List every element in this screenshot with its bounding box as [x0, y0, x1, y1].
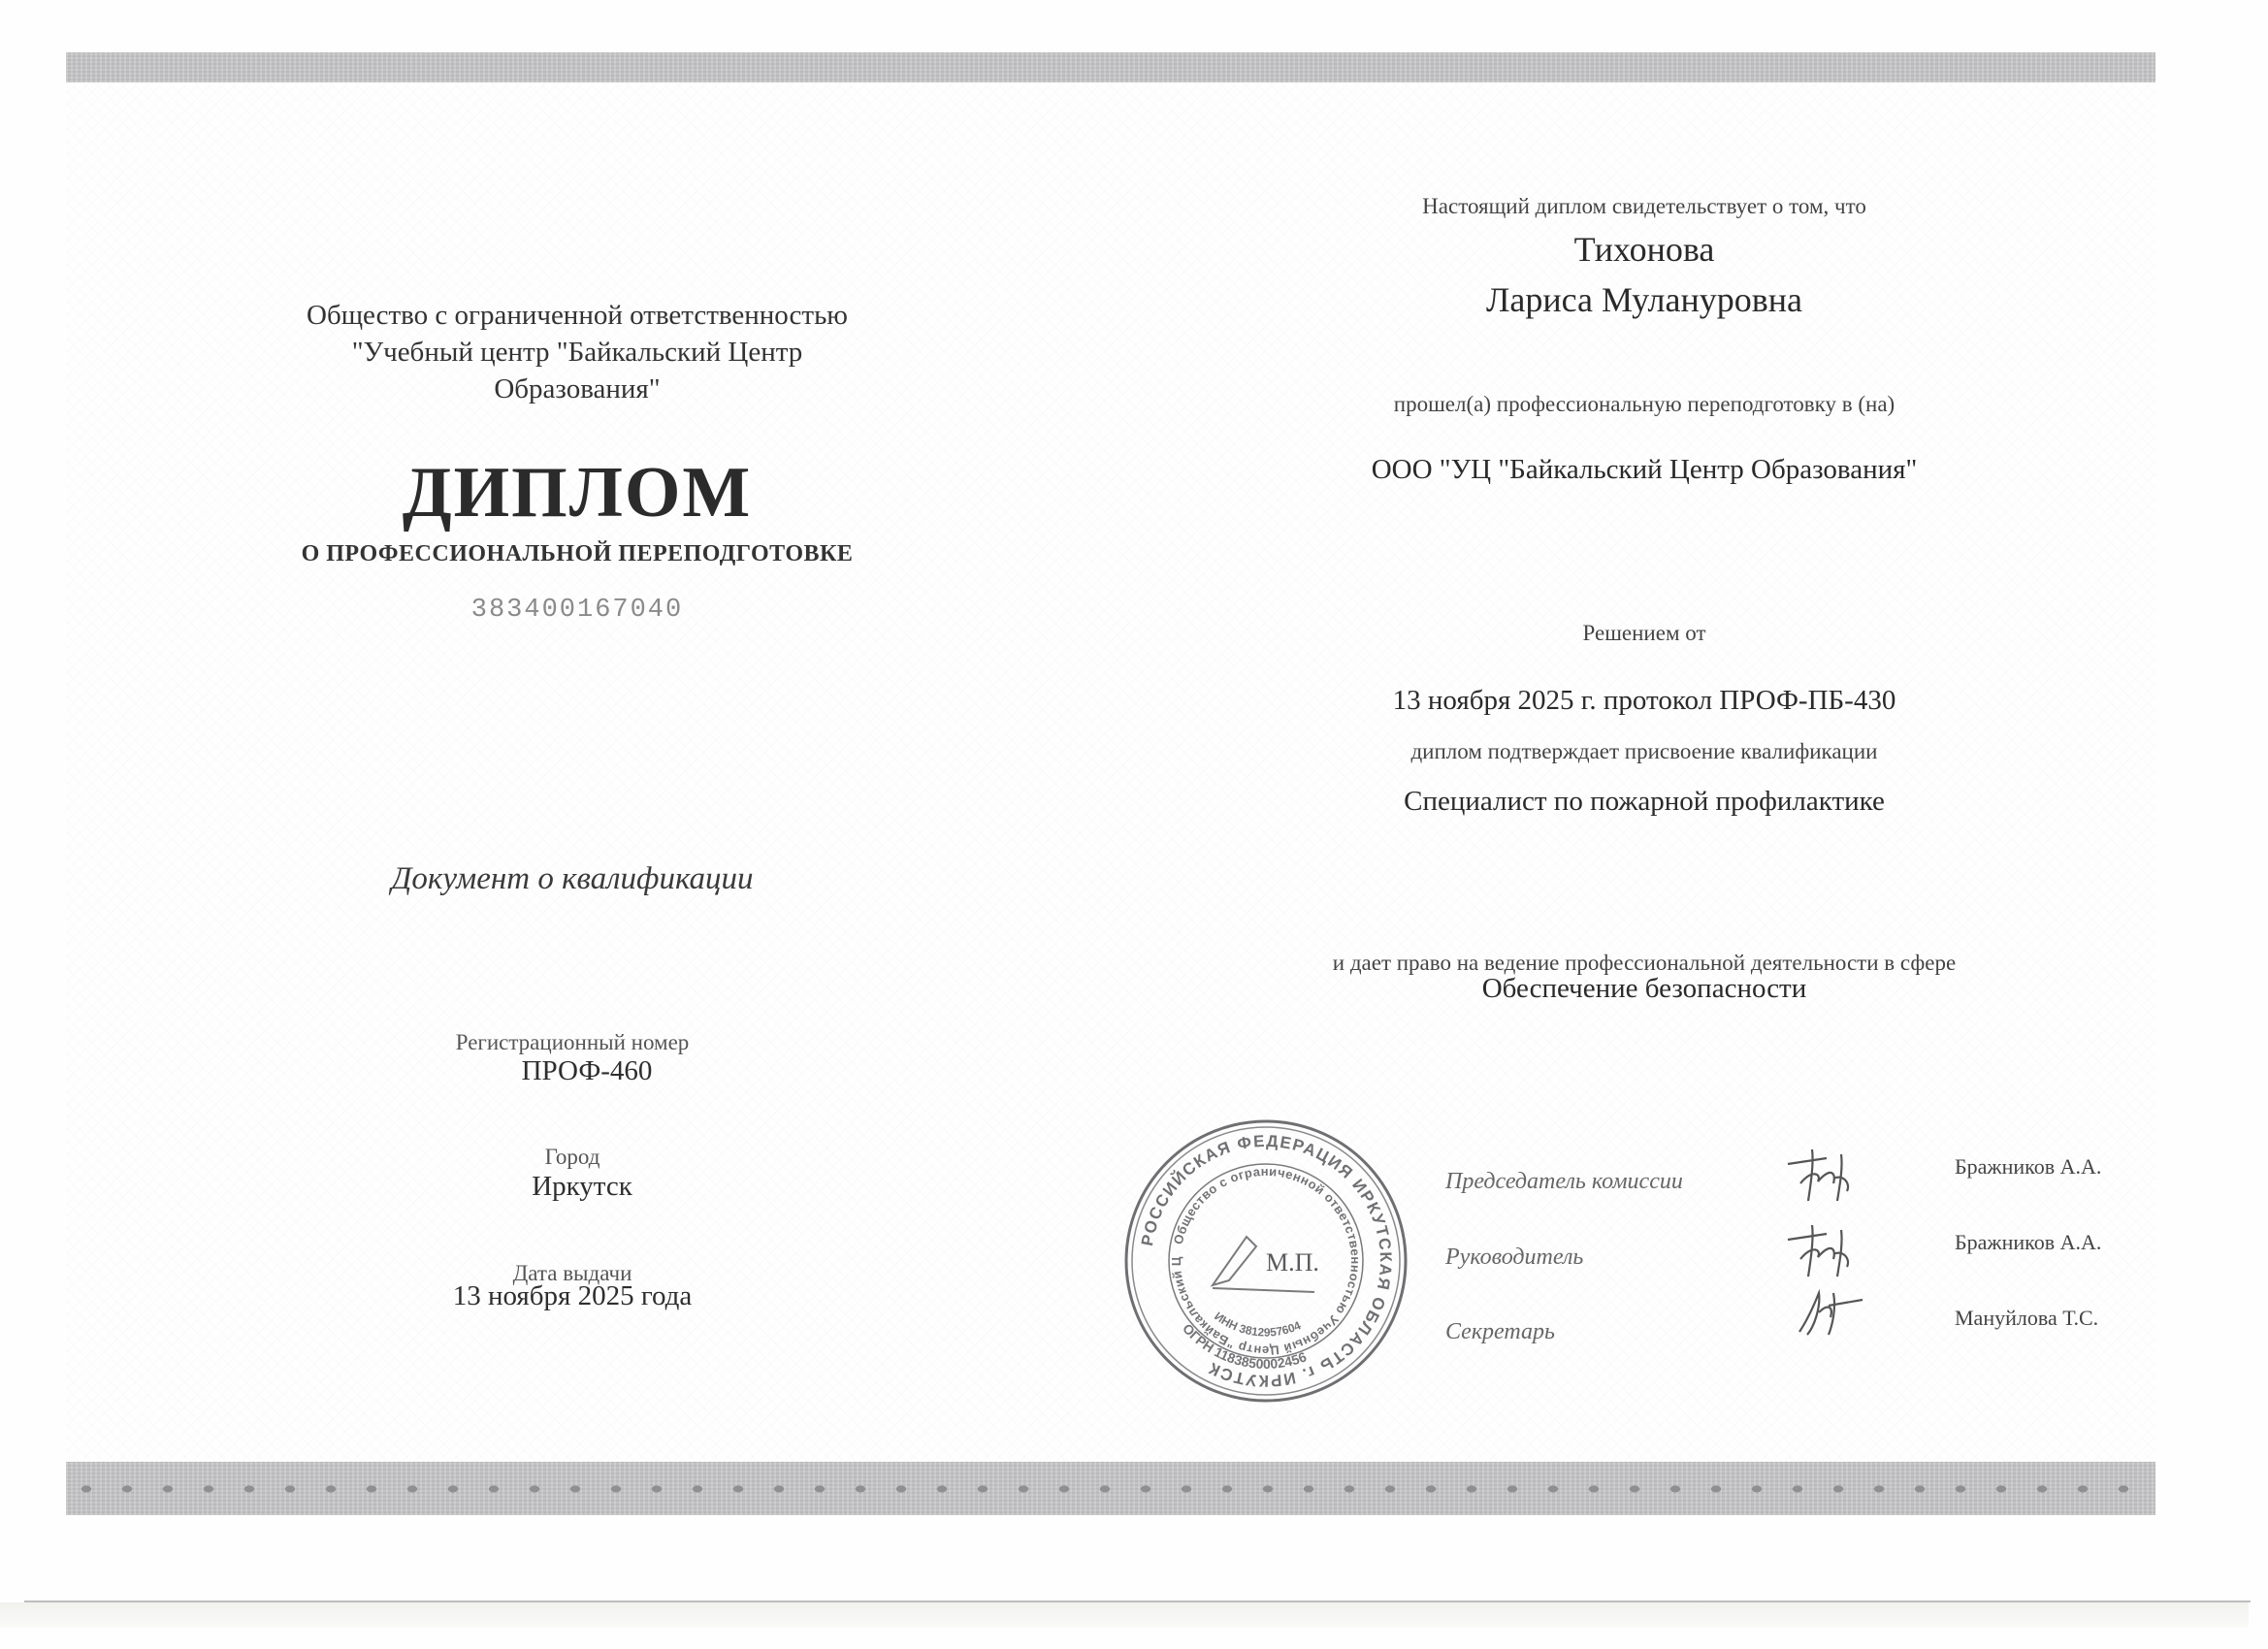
decision-label: Решением от	[1499, 621, 1790, 646]
city-label: Город	[475, 1145, 669, 1170]
recipient-given-names: Лариса Мулануровна	[1353, 279, 1935, 320]
activity-field-value: Обеспечение безопасности	[1305, 973, 1984, 1005]
registration-label: Регистрационный номер	[378, 1030, 766, 1055]
signature-icon	[1783, 1220, 1870, 1278]
decision-protocol: 13 ноября 2025 г. протокол ПРОФ-ПБ-430	[1208, 685, 2081, 717]
organization-line: Образования"	[286, 371, 868, 407]
signatory-name: Бражников А.А.	[1955, 1154, 2101, 1180]
diploma-subtitle: О ПРОФЕССИОНАЛЬНОЙ ПЕРЕПОДГОТОВКЕ	[228, 541, 926, 567]
signature-role: Руководитель	[1445, 1245, 1583, 1271]
registration-number: ПРОФ-460	[451, 1055, 723, 1087]
official-stamp: РОССИЙСКАЯ ФЕДЕРАЦИЯ ИРКУТСКАЯ ОБЛАСТЬ г…	[1120, 1115, 1411, 1406]
document-type: Документ о квалификации	[330, 861, 815, 897]
signature-role: Председатель комиссии	[1445, 1169, 1683, 1195]
signature-role: Секретарь	[1445, 1319, 1555, 1345]
ornament-dots	[66, 1482, 2155, 1496]
signatory-name: Бражников А.А.	[1955, 1230, 2101, 1255]
organization-line: "Учебный центр "Байкальский Центр	[286, 334, 868, 371]
completed-training-text: прошел(а) профессиональную переподготовк…	[1256, 392, 2032, 417]
serial-number: 383400167040	[383, 596, 771, 625]
certification-intro: Настоящий диплом свидетельствует о том, …	[1256, 194, 2032, 219]
top-ornament-band	[66, 52, 2155, 82]
institution-name: ООО "УЦ "Байкальский Центр Образования"	[1208, 454, 2081, 486]
organization-name: Общество с ограниченной ответственностью…	[286, 297, 868, 407]
stamp-seal-icon: РОССИЙСКАЯ ФЕДЕРАЦИЯ ИРКУТСКАЯ ОБЛАСТЬ г…	[1120, 1115, 1411, 1406]
signature-icon	[1790, 1288, 1867, 1337]
organization-line: Общество с ограниченной ответственностью	[286, 297, 868, 334]
city-value: Иркутск	[475, 1171, 689, 1203]
signature-icon	[1783, 1145, 1870, 1203]
issue-date-value: 13 ноября 2025 года	[388, 1280, 757, 1312]
qualification-value: Специалист по пожарной профилактике	[1208, 786, 2081, 818]
svg-text:М.П.: М.П.	[1266, 1248, 1319, 1277]
scan-margin	[0, 1602, 2249, 1628]
recipient-surname: Тихонова	[1450, 229, 1838, 270]
bottom-ornament-band	[66, 1462, 2155, 1515]
signatory-name: Мануйлова Т.С.	[1955, 1306, 2098, 1331]
diploma-title: ДИПЛОМ	[286, 452, 868, 534]
qualification-label: диплом подтверждает присвоение квалифика…	[1208, 739, 2081, 764]
